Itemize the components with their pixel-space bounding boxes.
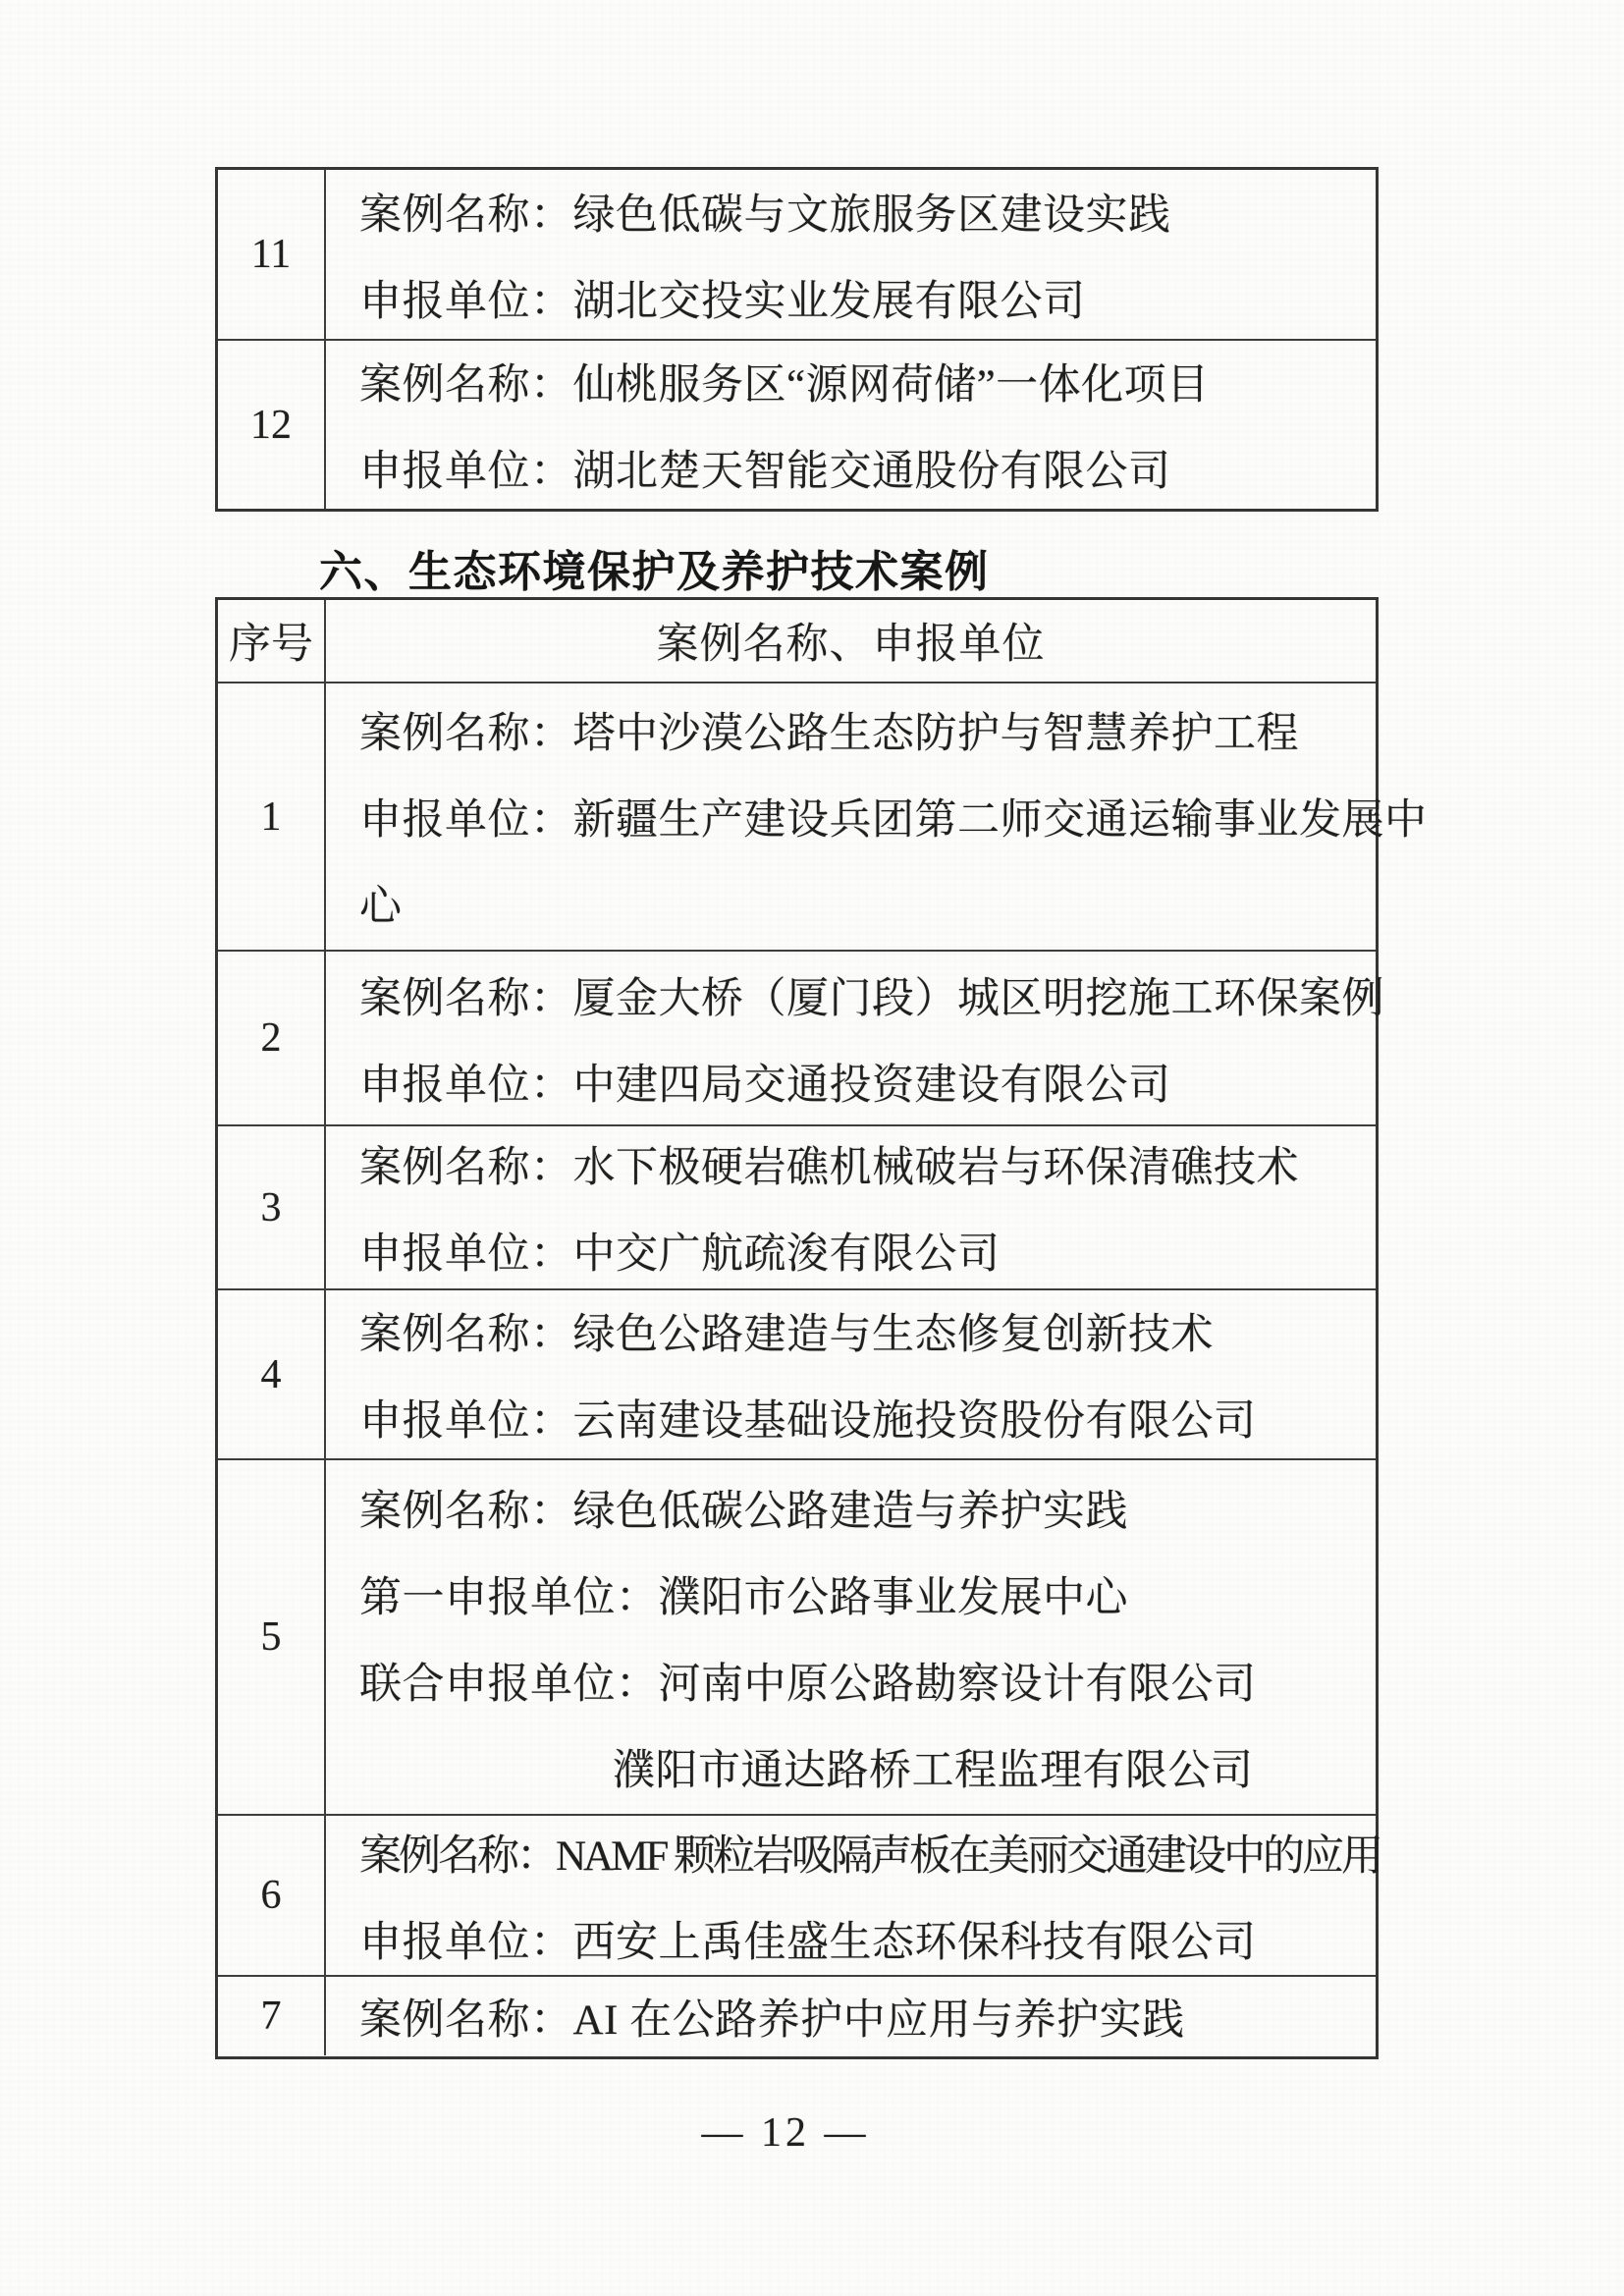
row-content: 案例名称：绿色公路建造与生态修复创新技术 申报单位：云南建设基础设施投资股份有限… (326, 1290, 1376, 1458)
case-name-line: 案例名称：AI 在公路养护中应用与养护实践 (359, 1973, 1370, 2059)
document-page: 11 案例名称：绿色低碳与文旅服务区建设实践 申报单位：湖北交投实业发展有限公司… (0, 0, 1624, 2296)
row-content: 案例名称：仙桃服务区“源网荷储”一体化项目 申报单位：湖北楚天智能交通股份有限公… (326, 341, 1376, 509)
row-content: 案例名称：塔中沙漠公路生态防护与智慧养护工程 申报单位：新疆生产建设兵团第二师交… (326, 683, 1376, 950)
row-number: 2 (218, 952, 326, 1124)
joint-declaring-unit-line: 联合申报单位：河南中原公路勘察设计有限公司 (359, 1637, 1370, 1723)
page-number: — 12 — (702, 2109, 870, 2157)
row-number: 4 (218, 1290, 326, 1458)
case-name-line: 案例名称：水下极硬岩礁机械破岩与环保清礁技术 (359, 1121, 1370, 1208)
row-content: 案例名称：绿色低碳公路建造与养护实践 第一申报单位：濮阳市公路事业发展中心 联合… (326, 1460, 1376, 1814)
table-row: 6 案例名称：NAMF 颗粒岩吸隔声板在美丽交通建设中的应用 申报单位：西安上禹… (218, 1814, 1376, 1975)
declaring-unit-line: 申报单位：湖北交投实业发展有限公司 (359, 254, 1370, 341)
case-name-line: 案例名称：厦金大桥（厦门段）城区明挖施工环保案例 (359, 952, 1370, 1038)
table-header-row: 序号 案例名称、申报单位 (218, 600, 1376, 682)
table-row: 2 案例名称：厦金大桥（厦门段）城区明挖施工环保案例 申报单位：中建四局交通投资… (218, 950, 1376, 1124)
row-content: 案例名称：水下极硬岩礁机械破岩与环保清礁技术 申报单位：中交广航疏浚有限公司 (326, 1126, 1376, 1288)
case-name-line: 案例名称：塔中沙漠公路生态防护与智慧养护工程 (359, 687, 1370, 774)
case-name-line: 案例名称：绿色低碳公路建造与养护实践 (359, 1464, 1370, 1551)
column-header-no: 序号 (218, 600, 326, 682)
case-name-line: 案例名称：绿色公路建造与生态修复创新技术 (359, 1288, 1370, 1375)
row-content: 案例名称：AI 在公路养护中应用与养护实践 (326, 1977, 1376, 2055)
first-declaring-unit-line: 第一申报单位：濮阳市公路事业发展中心 (359, 1551, 1370, 1637)
table-row: 1 案例名称：塔中沙漠公路生态防护与智慧养护工程 申报单位：新疆生产建设兵团第二… (218, 682, 1376, 950)
row-content: 案例名称：绿色低碳与文旅服务区建设实践 申报单位：湖北交投实业发展有限公司 (326, 170, 1376, 339)
declaring-unit-line: 申报单位：中交广航疏浚有限公司 (359, 1208, 1370, 1294)
table-row: 11 案例名称：绿色低碳与文旅服务区建设实践 申报单位：湖北交投实业发展有限公司 (218, 170, 1376, 339)
case-name-line: 案例名称：NAMF 颗粒岩吸隔声板在美丽交通建设中的应用 (359, 1809, 1370, 1895)
declaring-unit-line: 申报单位：中建四局交通投资建设有限公司 (359, 1038, 1370, 1124)
row-content: 案例名称：厦金大桥（厦门段）城区明挖施工环保案例 申报单位：中建四局交通投资建设… (326, 952, 1376, 1124)
column-header-content: 案例名称、申报单位 (326, 600, 1376, 682)
section-heading: 六、生态环境保护及养护技术案例 (319, 536, 990, 599)
table-row: 5 案例名称：绿色低碳公路建造与养护实践 第一申报单位：濮阳市公路事业发展中心 … (218, 1458, 1376, 1814)
row-number: 1 (218, 683, 326, 950)
row-number: 6 (218, 1816, 326, 1975)
case-name-line: 案例名称：绿色低碳与文旅服务区建设实践 (359, 168, 1370, 254)
case-name-line: 案例名称：仙桃服务区“源网荷储”一体化项目 (359, 339, 1370, 425)
row-number: 5 (218, 1460, 326, 1814)
continuation-table: 11 案例名称：绿色低碳与文旅服务区建设实践 申报单位：湖北交投实业发展有限公司… (215, 167, 1379, 512)
row-content: 案例名称：NAMF 颗粒岩吸隔声板在美丽交通建设中的应用 申报单位：西安上禹佳盛… (326, 1816, 1376, 1975)
table-row: 12 案例名称：仙桃服务区“源网荷储”一体化项目 申报单位：湖北楚天智能交通股份… (218, 339, 1376, 509)
declaring-unit-wrap-line: 心 (359, 860, 1370, 947)
declaring-unit-line: 申报单位：湖北楚天智能交通股份有限公司 (359, 425, 1370, 512)
cases-table: 序号 案例名称、申报单位 1 案例名称：塔中沙漠公路生态防护与智慧养护工程 申报… (215, 597, 1379, 2059)
table-row: 4 案例名称：绿色公路建造与生态修复创新技术 申报单位：云南建设基础设施投资股份… (218, 1288, 1376, 1458)
row-number: 12 (218, 341, 326, 509)
row-number: 7 (218, 1977, 326, 2055)
table-row: 3 案例名称：水下极硬岩礁机械破岩与环保清礁技术 申报单位：中交广航疏浚有限公司 (218, 1124, 1376, 1288)
declaring-unit-line: 申报单位：新疆生产建设兵团第二师交通运输事业发展中 (359, 774, 1370, 860)
row-number: 3 (218, 1126, 326, 1288)
joint-declaring-unit-second-line: 濮阳市通达路桥工程监理有限公司 (359, 1723, 1370, 1810)
declaring-unit-line: 申报单位：云南建设基础设施投资股份有限公司 (359, 1375, 1370, 1461)
table-row: 7 案例名称：AI 在公路养护中应用与养护实践 (218, 1975, 1376, 2055)
declaring-unit-line: 申报单位：西安上禹佳盛生态环保科技有限公司 (359, 1895, 1370, 1982)
row-number: 11 (218, 170, 326, 339)
